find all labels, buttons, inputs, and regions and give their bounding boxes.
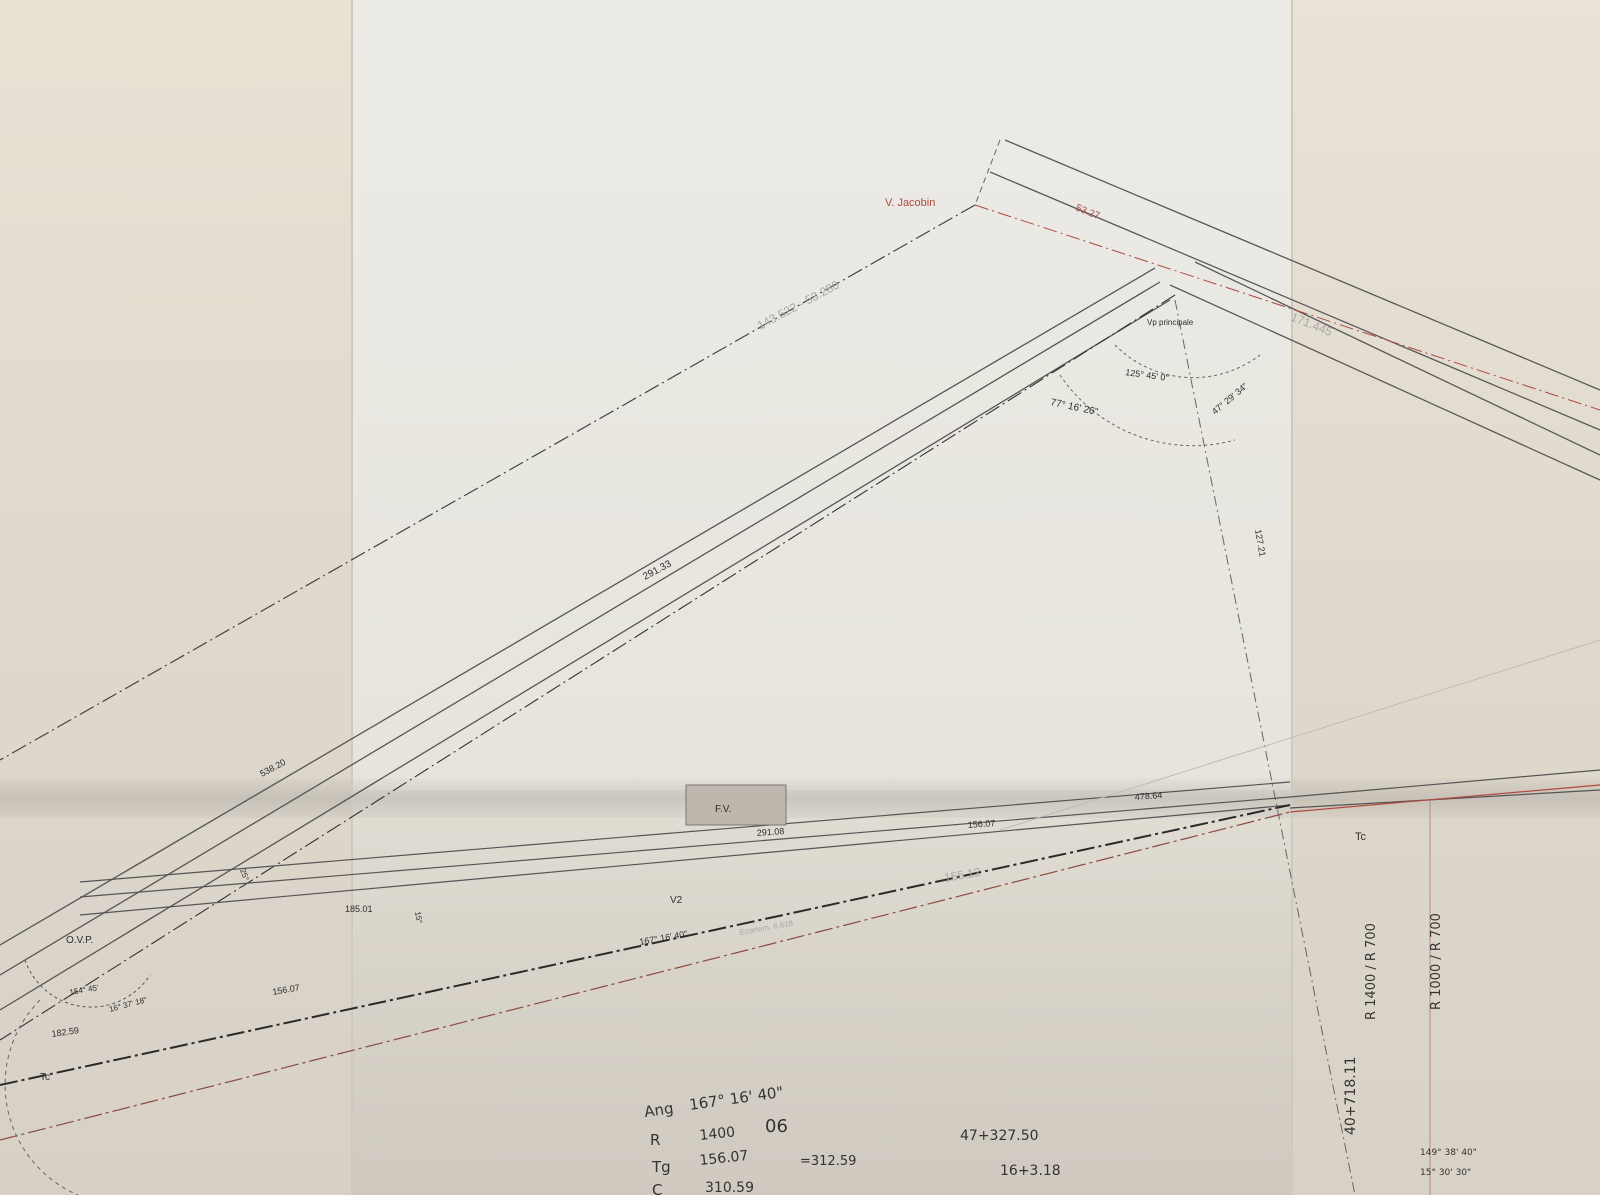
curve-ang-value: 167° 16' 40" — [688, 1083, 784, 1114]
curve-r-label: R — [650, 1131, 660, 1149]
station-box — [686, 785, 786, 825]
curve-tg-label: Tg — [651, 1158, 671, 1176]
jacobin-tick — [975, 140, 1000, 205]
alignment-drawing: V. Jacobin 53.27 Vp principale 125° 45' … — [0, 0, 1600, 1195]
red-track-axis — [0, 812, 1290, 1140]
label-angle-c: 47° 29' 34" — [1210, 381, 1250, 417]
label-dim-left-diag: 538.20 — [258, 757, 287, 779]
label-angle-e: 16° 37' 18" — [108, 995, 148, 1014]
label-point-vp: O.V.P. — [66, 935, 93, 946]
label-v-jacobin: V. Jacobin — [885, 197, 935, 209]
red-centerline — [975, 205, 1600, 410]
label-dim-left-3: 182.59 — [51, 1025, 80, 1039]
label-dim-track-3: 156.07 — [967, 818, 995, 830]
label-angle-a: 77° 16' 26" — [1049, 397, 1099, 418]
label-angle-d: 154° 45' — [69, 983, 100, 997]
label-faint-track: Ecartem. 6.618 — [739, 919, 795, 937]
label-dim-left-2: 156.07 — [272, 982, 301, 997]
label-angle-f: 167° 16' 40" — [639, 929, 689, 947]
label-dim-track-2: 291.08 — [756, 826, 784, 838]
curve-table: Ang 167° 16' 40" R 1400 06 Tg 156.07 C 3… — [643, 1083, 1061, 1195]
label-station-box: F.V. — [715, 804, 731, 815]
label-angle-h: 25° — [238, 868, 251, 882]
label-dim-vertical: 127.21 — [1253, 529, 1268, 558]
label-angle-b: 125° 45' 0" — [1125, 367, 1170, 383]
faint-line — [1000, 640, 1600, 830]
label-faint-diag: 143.522 - 53.280 — [755, 278, 842, 333]
label-dim-track-4: 155.12 — [943, 865, 982, 885]
label-radius-black: R 1400 / R 700 — [1364, 923, 1379, 1020]
main-diagonal-axis — [0, 295, 1175, 1040]
label-point-tc-right: Tc — [1355, 831, 1367, 843]
label-dim-main-diag: 291.33 — [641, 558, 674, 582]
bottom-note-1: 149° 38' 40" — [1420, 1148, 1477, 1158]
curve-note: 06 — [765, 1116, 788, 1137]
curve-tg-value: 156.07 — [699, 1148, 749, 1169]
main-diagonal-tracks — [0, 268, 1170, 1010]
pencil-note-1: =312.59 — [800, 1154, 856, 1169]
vertical-axis — [1175, 300, 1355, 1195]
label-chainage: 40+718.11 — [1343, 1056, 1359, 1135]
curve-r-value: 1400 — [699, 1124, 736, 1144]
curve-ang-label: Ang — [643, 1099, 675, 1121]
label-dim-left-1: 185.01 — [345, 904, 373, 914]
bottom-note-2: 15° 30' 30" — [1420, 1168, 1471, 1178]
pencil-note-2: 47+327.50 — [960, 1128, 1039, 1144]
label-point-tc-left: Tc — [40, 1072, 50, 1083]
label-angle-g: 15° — [413, 911, 424, 924]
drawing-sheet: V. Jacobin 53.27 Vp principale 125° 45' … — [0, 0, 1600, 1195]
label-point-v2: V2 — [670, 895, 683, 906]
label-v-principal: Vp principale — [1147, 318, 1194, 327]
label-dim-track-1: 478.64 — [1134, 790, 1162, 802]
red-track-right — [1290, 785, 1600, 812]
curve-c-value: 310.59 — [705, 1180, 754, 1195]
curve-c-label: C — [652, 1181, 662, 1195]
pencil-note-3: 16+3.18 — [1000, 1163, 1061, 1179]
label-dim-top: 53.27 — [1074, 203, 1102, 223]
label-radius-red: R 1000 / R 700 — [1429, 913, 1444, 1010]
